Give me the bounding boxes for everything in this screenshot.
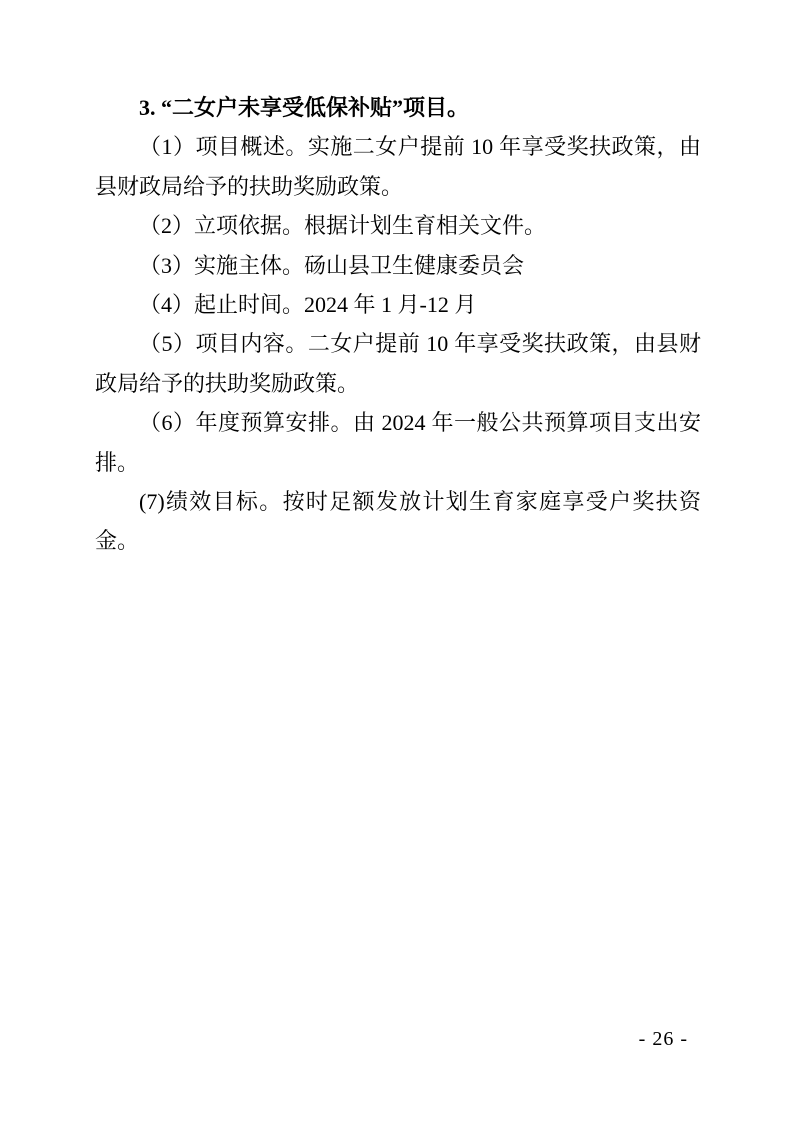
section-heading: 3. “二女户未享受低保补贴”项目。 [95,88,701,127]
paragraph-project-overview: （1）项目概述。实施二女户提前 10 年享受奖扶政策，由县财政局给予的扶助奖励政… [95,127,701,206]
paragraph-project-content: （5）项目内容。二女户提前 10 年享受奖扶政策，由县财政局给予的扶助奖励政策。 [95,324,701,403]
paragraph-annual-budget: （6）年度预算安排。由 2024 年一般公共预算项目支出安排。 [95,403,701,482]
document-body: 3. “二女户未享受低保补贴”项目。 （1）项目概述。实施二女户提前 10 年享… [95,88,701,561]
paragraph-implementing-body: （3）实施主体。砀山县卫生健康委员会 [95,246,701,285]
paragraph-project-basis: （2）立项依据。根据计划生育相关文件。 [95,206,701,245]
paragraph-time-period: （4）起止时间。2024 年 1 月-12 月 [95,285,701,324]
paragraph-performance-goal: (7)绩效目标。按时足额发放计划生育家庭享受户奖扶资金。 [95,482,701,561]
document-page: 3. “二女户未享受低保补贴”项目。 （1）项目概述。实施二女户提前 10 年享… [0,0,793,1122]
page-number: - 26 - [639,1026,688,1052]
